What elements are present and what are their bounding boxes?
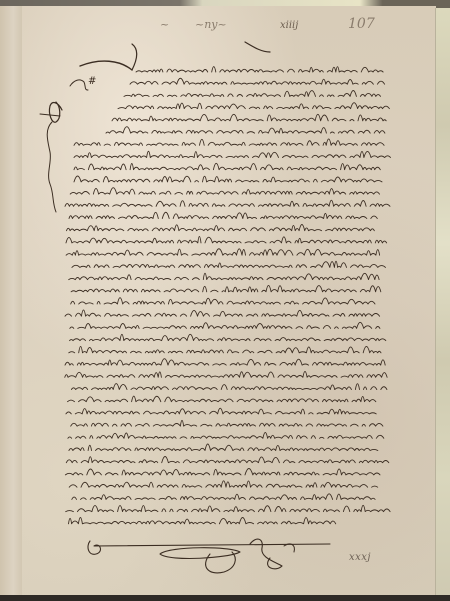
handwritten-line (124, 91, 381, 97)
manuscript-page: ~ ~ny~ xiiij 107 # xxxj (0, 6, 436, 595)
handwritten-line (74, 163, 380, 169)
handwritten-line (65, 359, 389, 365)
handwritten-line (69, 481, 378, 487)
scan-right-edge (435, 8, 450, 596)
handwritten-line (65, 469, 380, 475)
handwritten-line (136, 67, 383, 72)
handwritten-line (74, 151, 390, 157)
handwritten-line (67, 225, 375, 231)
margin-loop-icon (49, 102, 62, 122)
handwritten-line (69, 444, 378, 451)
handwritten-line (70, 334, 386, 340)
handwritten-line (65, 371, 387, 377)
handwritten-line (130, 78, 385, 84)
handwritten-line (70, 322, 380, 328)
marginal-mark: # (88, 76, 96, 87)
handwritten-line (112, 114, 386, 121)
handwritten-line (70, 188, 383, 194)
handwritten-line (65, 200, 390, 206)
handwritten-line (68, 432, 384, 438)
handwritten-line (74, 139, 384, 145)
handwritten-line (66, 249, 379, 255)
handwritten-line (65, 310, 380, 316)
handwritten-line (68, 396, 376, 402)
handwritten-line (69, 273, 379, 279)
handwritten-line (72, 494, 375, 500)
handwritten-line (71, 420, 383, 426)
handwritten-line (118, 103, 393, 109)
handwritten-line (72, 261, 390, 267)
bottom-page-number: xxxj (349, 552, 371, 563)
signature-flourish (250, 539, 282, 569)
handwritten-line (66, 505, 390, 511)
handwritten-line (71, 384, 387, 390)
handwritten-text-block: # (0, 6, 436, 595)
handwritten-line (71, 285, 381, 291)
handwritten-line (66, 457, 389, 463)
handwritten-line (66, 236, 391, 242)
scan-bottom-edge (0, 595, 450, 601)
handwritten-line (106, 127, 389, 133)
handwritten-line (66, 408, 376, 414)
handwritten-line (69, 518, 336, 524)
handwritten-line (69, 212, 381, 218)
handwritten-line (71, 298, 379, 304)
handwritten-line (74, 176, 382, 182)
handwritten-line (69, 346, 381, 352)
